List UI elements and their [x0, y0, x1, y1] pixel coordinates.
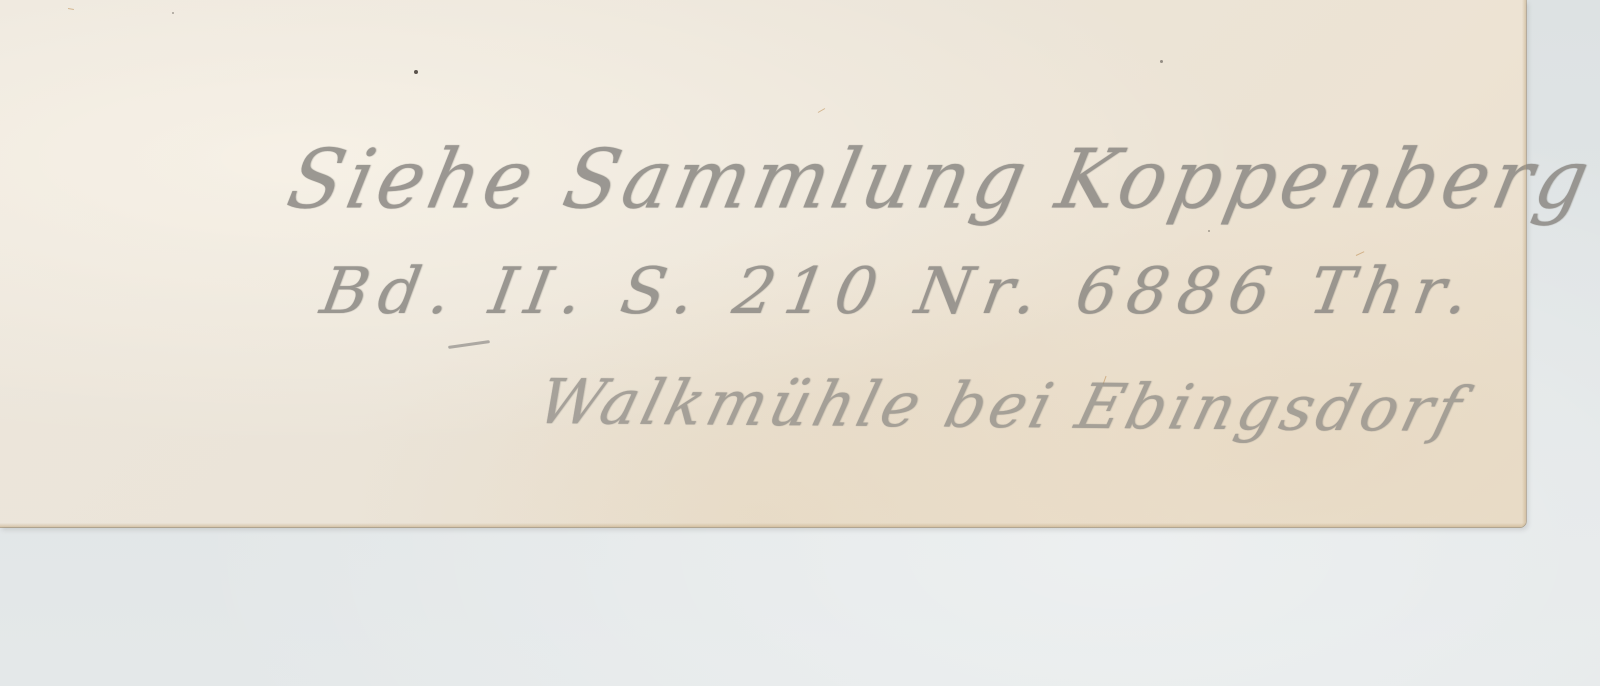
handwriting-line-1: Siehe Sammlung Koppenberg [280, 133, 1600, 228]
photo-scene: Siehe Sammlung Koppenberg Bd. II. S. 210… [0, 0, 1600, 686]
paper-fiber [818, 108, 825, 113]
handwriting-line-3: Walkmühle bei Ebingsdorf [531, 365, 1473, 446]
paper-speck [1208, 230, 1210, 232]
paper-fiber [68, 8, 74, 10]
paper-speck [414, 70, 418, 74]
paper-sheet: Siehe Sammlung Koppenberg Bd. II. S. 210… [0, 0, 1526, 527]
numeral-underline [448, 340, 490, 349]
paper-speck [1160, 60, 1163, 63]
paper-speck [172, 12, 174, 14]
handwriting-line-2: Bd. II. S. 210 Nr. 6886 Thr. [315, 255, 1484, 329]
